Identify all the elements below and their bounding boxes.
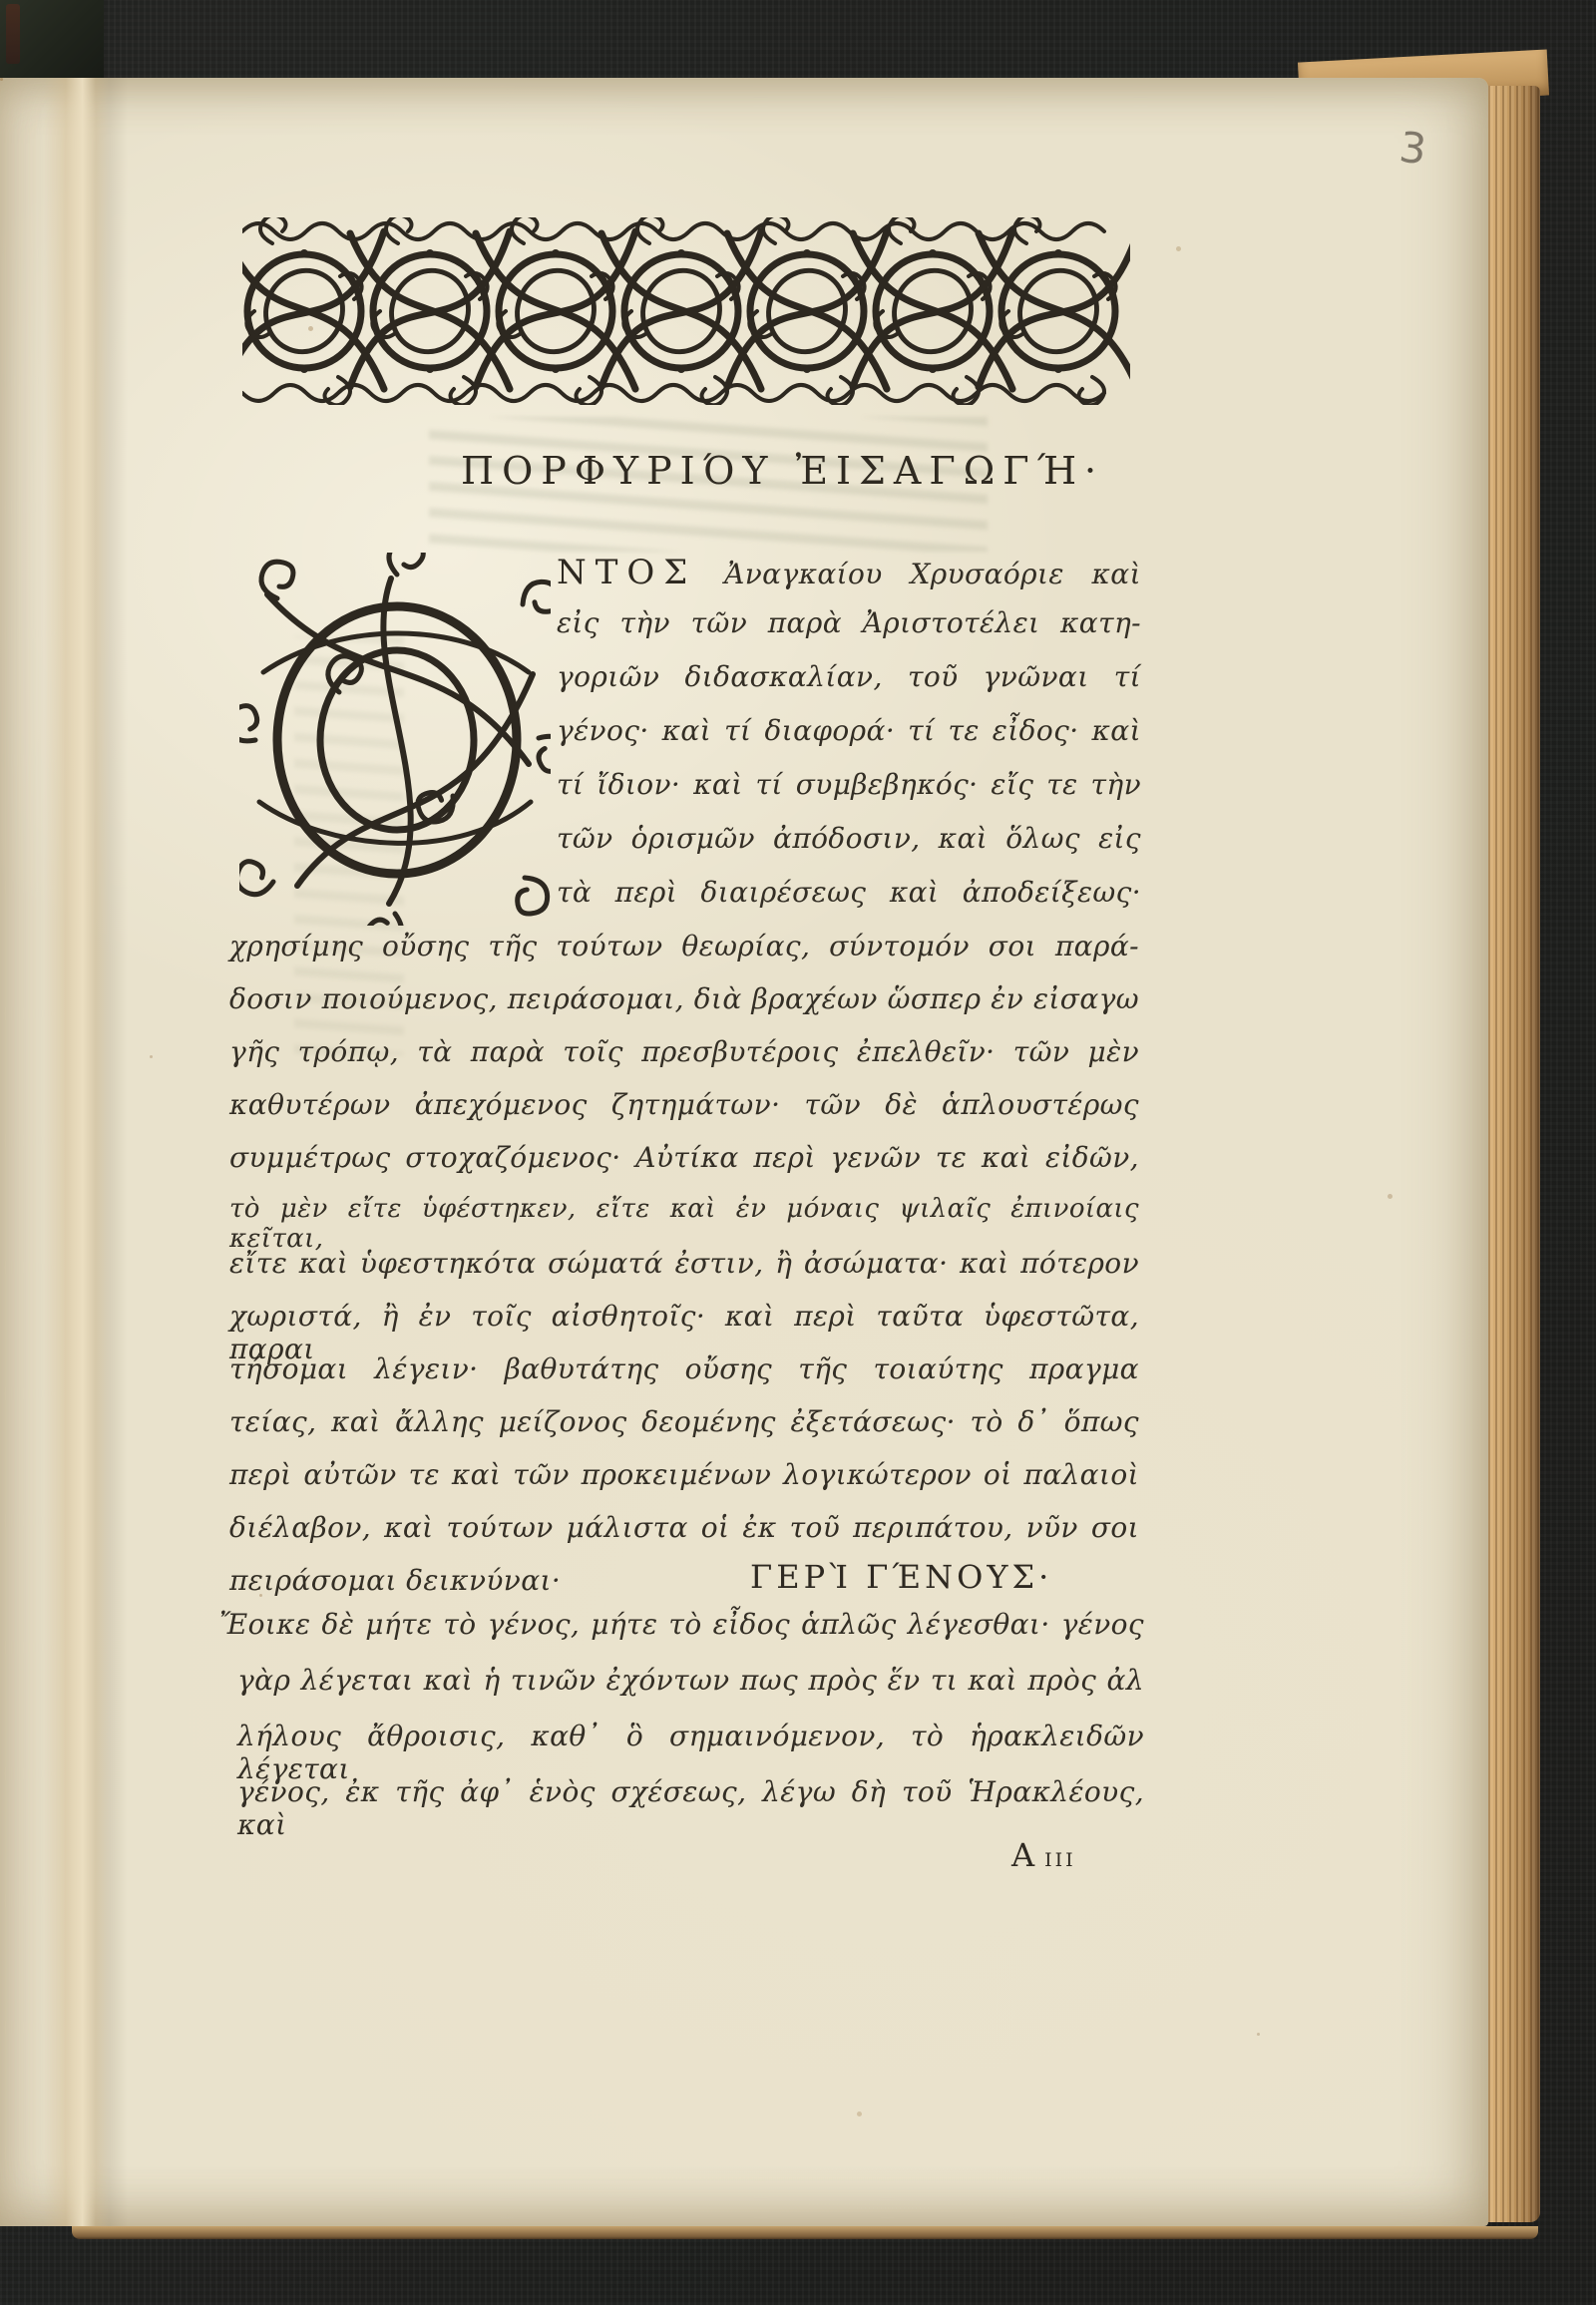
headpiece-knotwork-woodcut	[242, 217, 1130, 405]
text-line-rest: Ἀναγκαίου Χρυσαόριε καὶ	[724, 558, 1141, 590]
signature-mark: AIII	[1011, 1836, 1076, 1874]
text-line: χρησίμης οὔσης τῆς τούτων θεωρίας, σύντο…	[229, 930, 1139, 962]
text-line: ΝΤΟΣ Ἀναγκαίου Χρυσαόριε καὶ	[557, 553, 1141, 592]
signature-numeral: III	[1044, 1849, 1076, 1871]
text-line: τὰ περὶ διαιρέσεως καὶ ἀποδείξεως·	[557, 876, 1141, 909]
fore-edge-page-stack	[1488, 86, 1540, 2222]
text-line: Ἔοικε δὲ μήτε τὸ γένος, μήτε τὸ εἶδος ἁπ…	[219, 1608, 1144, 1641]
gutter-fold-ridge	[44, 78, 128, 2226]
text-line: τῶν ὁρισμῶν ἀπόδοσιν, καὶ ὅλως εἰς	[557, 822, 1141, 855]
text-line: γῆς τρόπῳ, τὰ παρὰ τοῖς πρεσβυτέροις ἐπε…	[229, 1035, 1139, 1068]
text-line: γένος, ἐκ τῆς ἀφ᾽ ἑνὸς σχέσεως, λέγω δὴ …	[237, 1775, 1144, 1841]
signature-letter: A	[1011, 1836, 1034, 1874]
woodcut-initial-O	[239, 553, 551, 926]
bottom-page-edges	[72, 2226, 1538, 2239]
text-line: διέλαβον, καὶ τούτων μάλιστα οἱ ἐκ τοῦ π…	[229, 1511, 1139, 1544]
text-line: δοσιν ποιούμενος, πειράσομαι, διὰ βραχέω…	[229, 982, 1139, 1015]
section-heading: ΓΕΡῚ ΓΈΝΟΥΣ·	[750, 1558, 1052, 1596]
text-line: τήσομαι λέγειν· βαθυτάτης οὔσης τῆς τοια…	[229, 1352, 1139, 1385]
text-line: καθυτέρων ἀπεχόμενος ζητημάτων· τῶν δὲ ἁ…	[229, 1088, 1139, 1121]
text-line: εἴτε καὶ ὑφεστηκότα σώματά ἐστιν, ἢ ἀσώμ…	[229, 1247, 1139, 1280]
page-title: ΠΟΡΦΥΡΙΌΥ ἘΙΣΑΓΩΓΉ·	[461, 449, 1119, 493]
text-line: τί ἴδιον· καὶ τί συμβεβηκός· εἴς τε τὴν	[557, 768, 1141, 801]
text-line: τείας, καὶ ἄλλης μείζονος δεομένης ἐξετά…	[229, 1405, 1139, 1438]
text-line: τὸ μὲν εἴτε ὑφέστηκεν, εἴτε καὶ ἐν μόναι…	[229, 1194, 1139, 1254]
text-line: γοριῶν διδασκαλίαν, τοῦ γνῶναι τί	[557, 660, 1141, 693]
spine-leather-sliver	[6, 4, 20, 64]
text-line: εἰς τὴν τῶν παρὰ Ἀριστοτέλει κατη-	[557, 606, 1141, 639]
text-line: γένος· καὶ τί διαφορά· τί τε εἶδος· καὶ	[557, 714, 1141, 747]
text-line: περὶ αὐτῶν τε καὶ τῶν προκειμένων λογικώ…	[229, 1458, 1139, 1491]
foxing-specks	[0, 78, 3, 81]
text-line: συμμέτρως στοχαζόμενος· Αὐτίκα περὶ γενῶ…	[229, 1141, 1139, 1174]
text-line: πειράσομαι δεικνύναι·	[229, 1564, 561, 1597]
drop-cap-continuation: ΝΤΟΣ	[557, 553, 696, 592]
text-line: γὰρ λέγεται καὶ ἡ τινῶν ἐχόντων πως πρὸς…	[237, 1664, 1144, 1697]
